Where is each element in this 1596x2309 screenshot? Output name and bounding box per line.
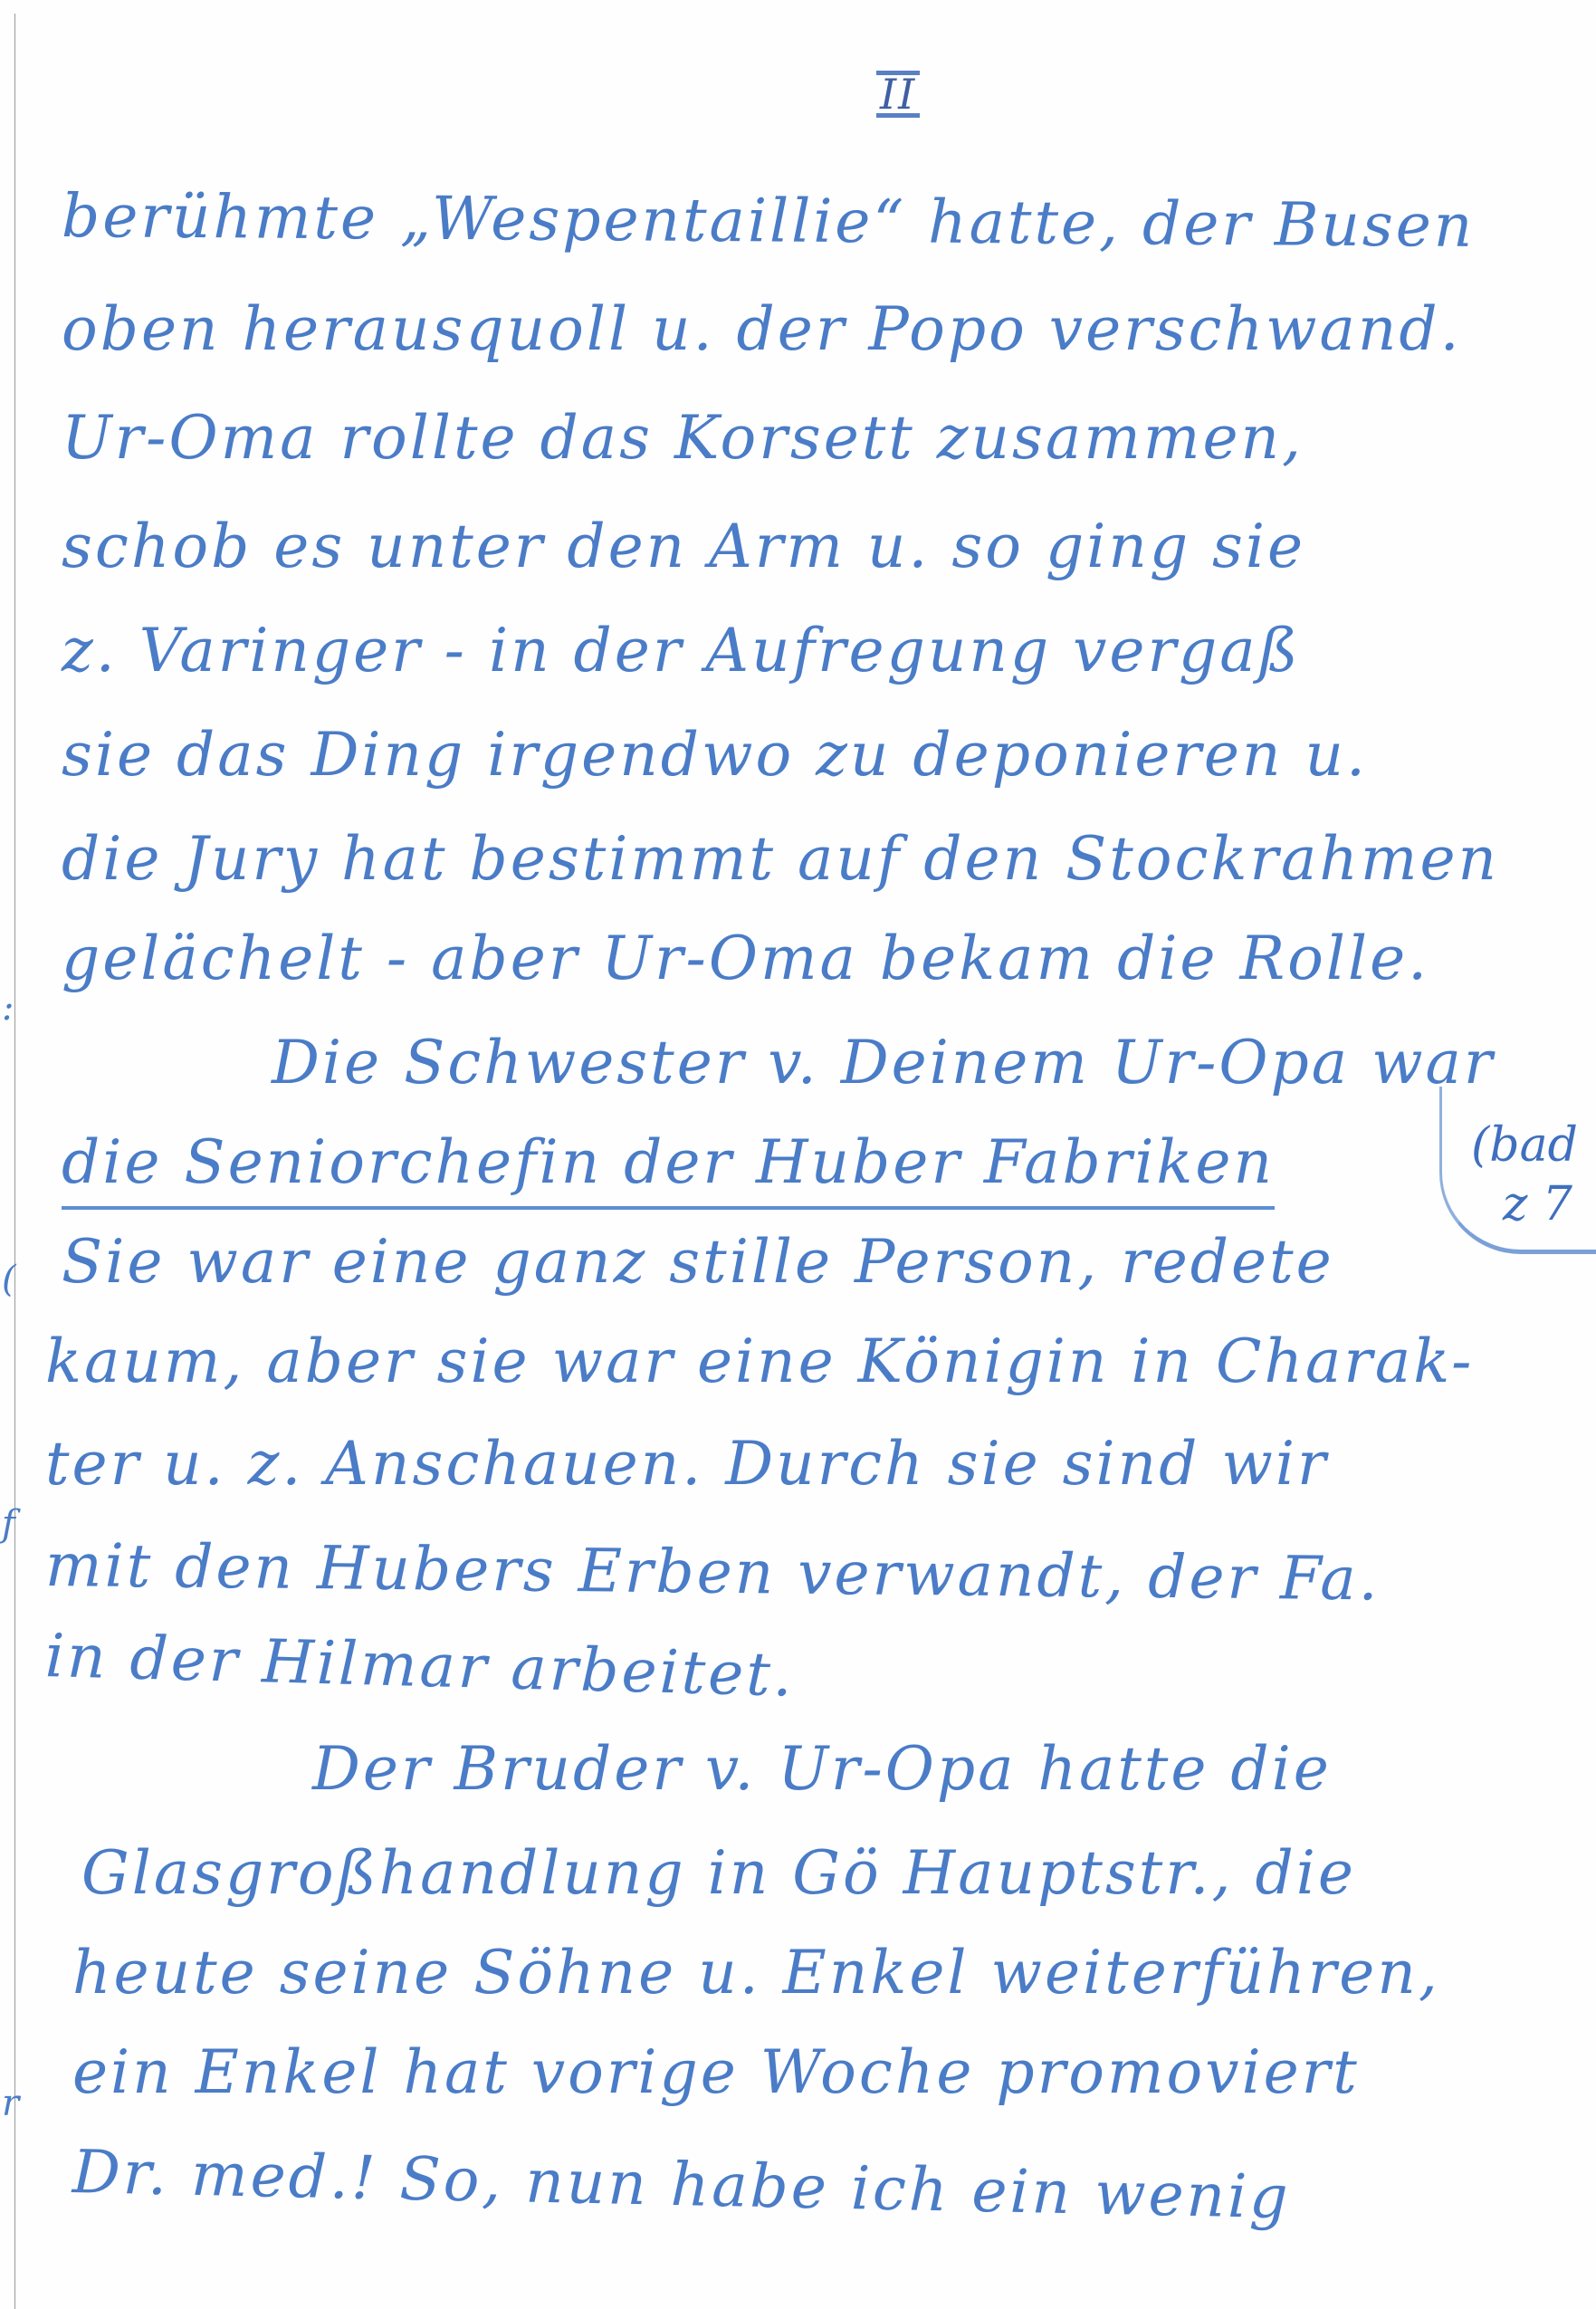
- margin-note-line-1: (bad: [1471, 1118, 1578, 1173]
- text-line-17: Glasgroßhandlung in Gö Hauptstr., die: [81, 1838, 1356, 1908]
- text-line-2: oben herausquoll u. der Popo verschwand.: [62, 294, 1462, 364]
- text-line-9: Die Schwester v. Deinem Ur-Opa war: [272, 1028, 1495, 1097]
- text-line-1: berühmte „Wespentaillie“ hatte, der Buse…: [62, 181, 1476, 261]
- text-line-7: die Jury hat bestimmt auf den Stockrahme…: [62, 824, 1499, 894]
- edge-mark-3: f: [2, 1503, 15, 1545]
- text-line-13: ter u. z. Anschauen. Durch sie sind wir: [45, 1429, 1329, 1499]
- text-line-6: sie das Ding irgendwo zu deponieren u.: [62, 720, 1368, 790]
- page-edge-line: [14, 14, 15, 2309]
- page-number: II: [876, 71, 920, 118]
- edge-mark-1: :: [2, 987, 14, 1029]
- text-line-19: ein Enkel hat vorige Woche promoviert: [72, 2037, 1360, 2107]
- text-line-14: mit den Hubers Erben verwandt, der Fa.: [45, 1530, 1381, 1614]
- underlined-company-name: die Seniorchefin der Huber Fabriken: [62, 1127, 1275, 1197]
- handwritten-letter-page: II berühmte „Wespentaillie“ hatte, der B…: [0, 0, 1596, 2309]
- text-line-18: heute seine Söhne u. Enkel weiterführen,: [72, 1938, 1440, 2007]
- text-line-10: die Seniorchefin der Huber Fabriken: [62, 1127, 1275, 1197]
- text-line-4: schob es unter den Arm u. so ging sie: [62, 512, 1305, 581]
- margin-note-line-2: z 7: [1503, 1177, 1572, 1231]
- text-line-8: gelächelt - aber Ur-Oma bekam die Rolle.: [62, 924, 1429, 993]
- edge-mark-4: r: [2, 2083, 19, 2124]
- text-line-5: z. Varinger - in der Aufregung vergaß: [62, 616, 1301, 685]
- text-line-16: Der Bruder v. Ur-Opa hatte die: [312, 1734, 1332, 1804]
- edge-mark-2: (: [2, 1259, 16, 1300]
- text-line-12: kaum, aber sie war eine Königin in Chara…: [45, 1327, 1474, 1396]
- text-line-11: Sie war eine ganz stille Person, redete: [62, 1227, 1334, 1297]
- text-line-20: Dr. med.! So, nun habe ich ein wenig: [72, 2137, 1291, 2232]
- text-line-3: Ur-Oma rollte das Korsett zusammen,: [62, 403, 1304, 473]
- text-line-15: in der Hilmar arbeitet.: [44, 1621, 796, 1710]
